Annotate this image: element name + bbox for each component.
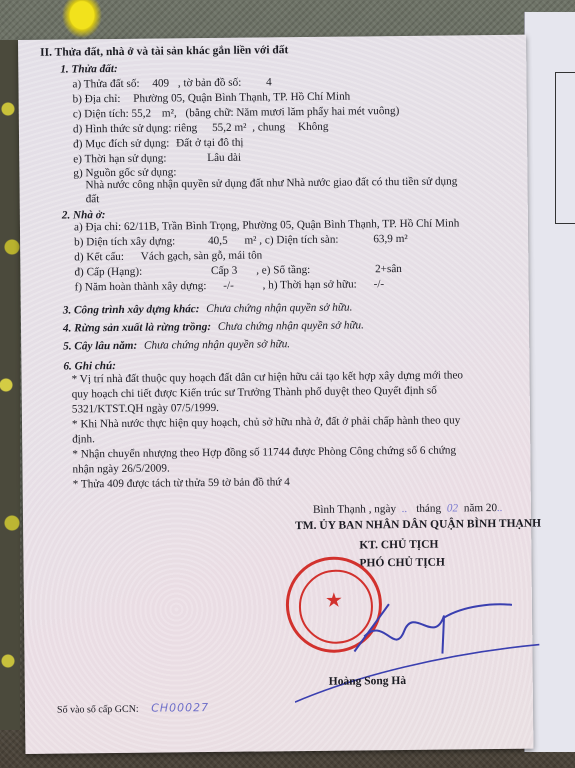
date-month: 02 <box>447 502 458 514</box>
purpose-label: đ) Mục đích sử dụng: <box>73 137 169 150</box>
land-address-row: b) Địa chỉ: Phường 05, Quận Bình Thạnh, … <box>73 90 351 107</box>
signer-title: PHÓ CHỦ TỊCH <box>359 556 445 571</box>
usage-form-label: d) Hình thức sử dụng: riêng <box>73 122 197 135</box>
note-line: * Khi Nhà nước thực hiện quy hoạch, chủ … <box>72 413 460 431</box>
map-frame <box>555 72 575 224</box>
perennial-label: 5. Cây lâu năm: <box>63 340 137 353</box>
note-line: 5321/KTST.QH ngày 07/5/1999. <box>72 401 219 417</box>
note-line: quy hoạch chi tiết được Kiến trúc sư Trư… <box>72 384 437 402</box>
note-line: * Thửa 409 được tách từ thửa 59 tờ bản đ… <box>73 475 290 491</box>
usage-form-row: d) Hình thức sử dụng: riêng 55,2 m² , ch… <box>73 120 329 137</box>
date-year: .. <box>497 502 503 514</box>
other-works-row: 3. Công trình xây dựng khác: Chưa chứng … <box>63 301 353 318</box>
on-behalf-title: KT. CHỦ TỊCH <box>359 538 438 553</box>
area-label: c) Diện tích: 55,2 <box>73 108 151 121</box>
origin-line-1: Nhà nước công nhận quyền sử dụng đất như… <box>85 174 457 192</box>
registry-row: Số vào sổ cấp GCN: CH00027 <box>57 701 209 718</box>
completion-row: f) Năm hoàn thành xây dựng: -/- , h) Thờ… <box>75 277 385 294</box>
section-title: II. Thửa đất, nhà ở và tài sản khác gắn … <box>40 43 288 60</box>
forest-row: 4. Rừng sản xuất là rừng trồng: Chưa chứ… <box>63 318 364 335</box>
certificate-page: II. Thửa đất, nhà ở và tài sản khác gắn … <box>18 35 533 754</box>
signer-name: Hoàng Song Hà <box>329 674 406 689</box>
floors-label: , e) Số tầng: <box>256 264 310 277</box>
land-heading: 1. Thửa đất: <box>60 62 118 77</box>
origin-line-2: đất <box>86 192 100 206</box>
term-label: e) Thời hạn sử dụng: <box>73 152 166 165</box>
other-works-label: 3. Công trình xây dựng khác: <box>63 303 200 316</box>
perennial-row: 5. Cây lâu năm: Chưa chứng nhận quyền sở… <box>63 337 290 353</box>
note-line: định. <box>72 432 95 446</box>
ownership-term-value: -/- <box>373 278 384 290</box>
date-day: .. <box>402 503 408 515</box>
other-works-value: Chưa chứng nhận quyền sở hữu. <box>206 302 352 316</box>
registry-label: Số vào sổ cấp GCN: <box>57 704 139 716</box>
year-label: năm 20 <box>464 502 497 514</box>
perennial-value: Chưa chứng nhận quyền sở hữu. <box>144 338 290 352</box>
build-area-value: 40,5 <box>208 235 228 247</box>
floor-area-label: m² , c) Diện tích sàn: <box>244 234 338 247</box>
purpose-row: đ) Mục đích sử dụng: Đất ở tại đô thị <box>73 136 244 152</box>
parcel-number: 409 <box>152 77 169 89</box>
area-unit: m², <box>162 107 180 119</box>
gold-ornament <box>62 0 102 38</box>
land-address: Phường 05, Quận Bình Thạnh, TP. Hồ Chí M… <box>133 91 350 105</box>
floor-area-value: 63,9 m² <box>373 233 408 245</box>
map-sheet-label: , tờ bản đồ số: <box>178 77 242 90</box>
note-line: * Nhận chuyển nhượng theo Hợp đồng số 11… <box>72 443 456 461</box>
place-date: Bình Thạnh , ngày .. tháng 02 năm 20.. <box>313 501 503 517</box>
ownership-term-label: , h) Thời hạn sở hữu: <box>263 278 357 291</box>
land-parcel-row: a) Thửa đất số: 409 , tờ bản đồ số: 4 <box>72 75 271 91</box>
gold-fabric-decoration <box>0 40 20 730</box>
term-value: Lâu dài <box>207 152 241 164</box>
month-label: tháng <box>416 503 441 515</box>
completion-label: f) Năm hoàn thành xây dựng: <box>75 280 207 293</box>
structure-label: d) Kết cấu: <box>74 251 124 264</box>
private-area: 55,2 m² <box>212 122 247 134</box>
structure-value: Vách gạch, sàn gỗ, mái tôn <box>141 249 263 262</box>
house-area-row: b) Diện tích xây dựng: 40,5 m² , c) Diện… <box>74 232 408 249</box>
floors-value: 2+sân <box>375 263 402 275</box>
completion-value: -/- <box>223 280 234 292</box>
address-label: b) Địa chỉ: <box>73 93 121 106</box>
map-sheet-number: 4 <box>266 76 272 88</box>
forest-label: 4. Rừng sản xuất là rừng trồng: <box>63 321 211 335</box>
registry-number: CH00027 <box>151 701 209 715</box>
shared-value: Không <box>298 121 329 133</box>
grade-value: Cấp 3 <box>211 265 238 277</box>
area-in-words: (bằng chữ: Năm mươi lăm phẩy hai mét vuô… <box>185 105 399 119</box>
parcel-label: a) Thửa đất số: <box>72 78 139 91</box>
build-area-label: b) Diện tích xây dựng: <box>74 235 175 248</box>
land-area-row: c) Diện tích: 55,2 m², (bằng chữ: Năm mư… <box>73 104 400 121</box>
purpose-value: Đất ở tại đô thị <box>176 137 244 150</box>
grade-label: đ) Cấp (Hạng): <box>74 266 142 279</box>
issuing-authority: TM. ỦY BAN NHÂN DÂN QUẬN BÌNH THẠNH <box>295 517 541 534</box>
structure-row: d) Kết cấu: Vách gạch, sàn gỗ, mái tôn <box>74 248 262 264</box>
shared-label: , chung <box>252 121 285 133</box>
note-line: nhận ngày 26/5/2009. <box>72 461 169 476</box>
place-date-prefix: Bình Thạnh , ngày <box>313 503 396 516</box>
term-row: e) Thời hạn sử dụng: Lâu dài <box>73 151 241 167</box>
forest-value: Chưa chứng nhận quyền sở hữu. <box>218 319 364 333</box>
